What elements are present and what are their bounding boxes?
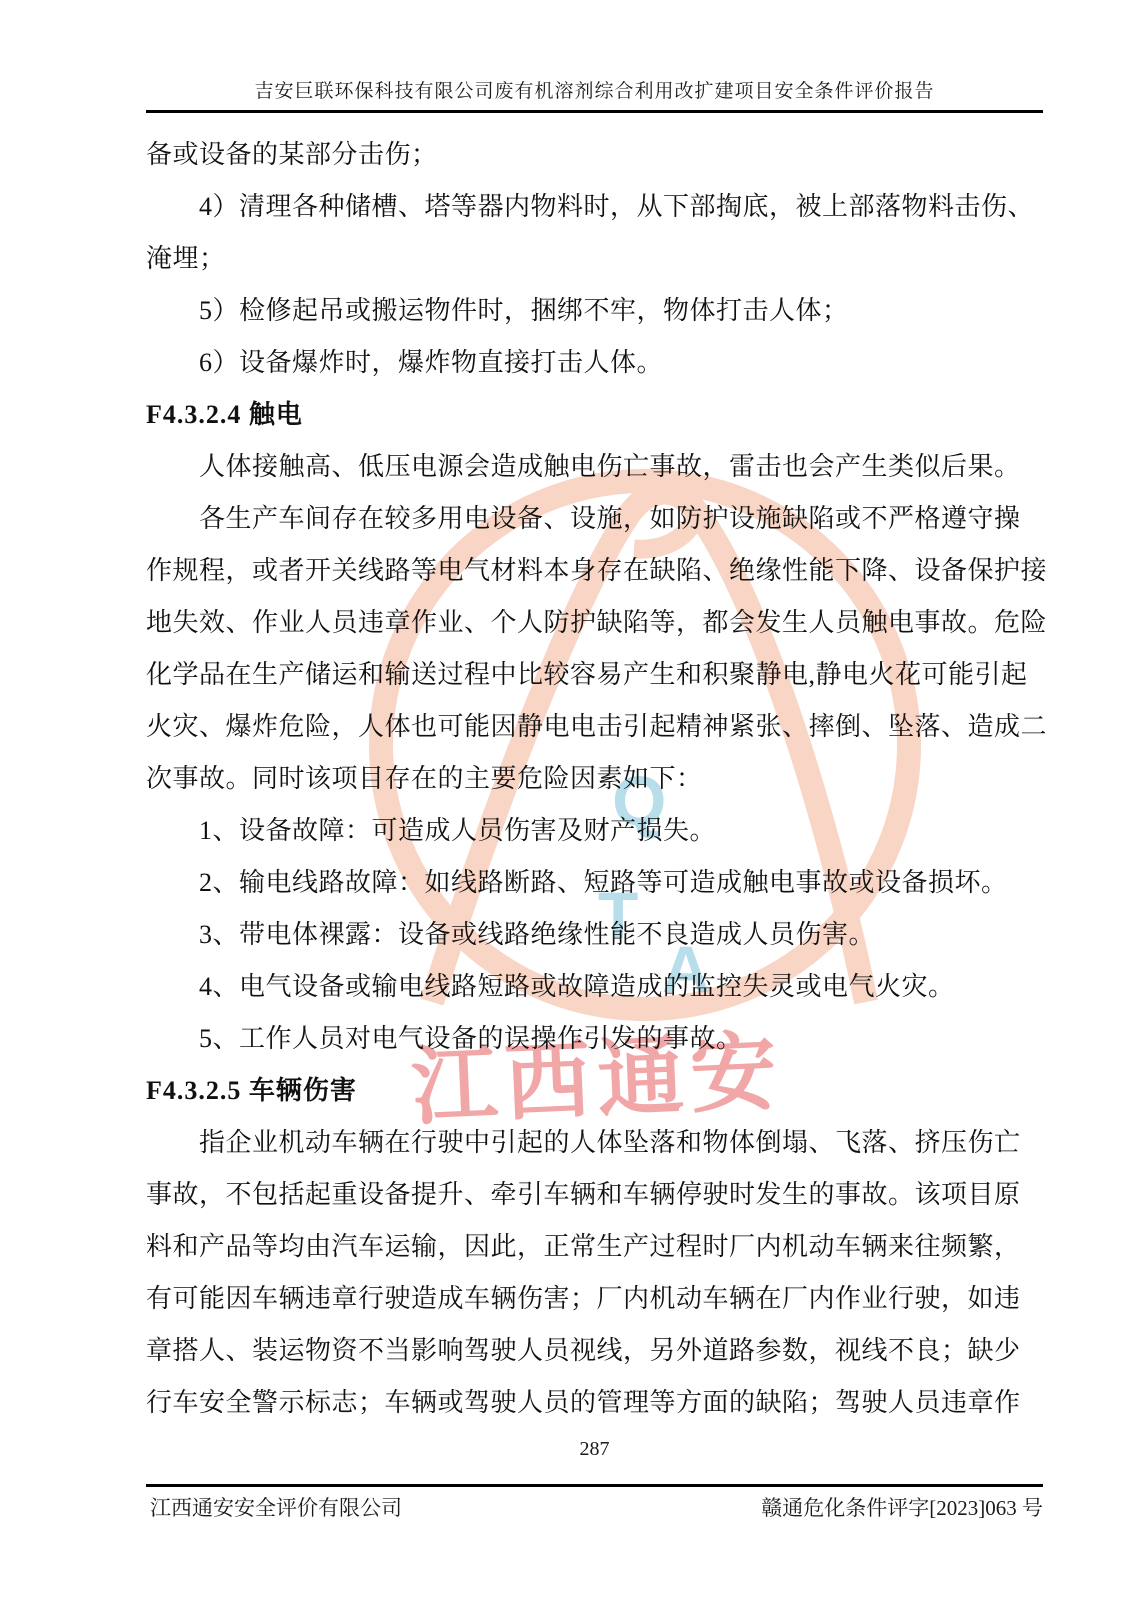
body-line: 4、电气设备或输电线路短路或故障造成的监控失灵或电气火灾。: [199, 970, 955, 1004]
body-line: 事故，不包括起重设备提升、牵引车辆和车辆停驶时发生的事故。该项目原: [146, 1178, 1021, 1212]
body-line: 1、设备故障：可造成人员伤害及财产损失。: [199, 814, 716, 848]
footer-rule: [146, 1484, 1043, 1487]
body-line: 料和产品等均由汽车运输，因此，正常生产过程时厂内机动车辆来往频繁，: [146, 1230, 1021, 1264]
body-line: 5）检修起吊或搬运物件时，捆绑不牢，物体打击人体；: [199, 294, 849, 328]
footer-company: 江西通安安全评价有限公司: [150, 1492, 402, 1522]
body-line: 4）清理各种储槽、塔等器内物料时，从下部掏底，被上部落物料击伤、: [199, 190, 1034, 224]
body-line: 5、工作人员对电气设备的误操作引发的事故。: [199, 1022, 743, 1056]
body-line: 3、带电体裸露：设备或线路绝缘性能不良造成人员伤害。: [199, 918, 875, 952]
body-line: 火灾、爆炸危险，人体也可能因静电电击引起精神紧张、摔倒、坠落、造成二: [146, 710, 1047, 744]
section-heading: F4.3.2.5 车辆伤害: [146, 1074, 357, 1108]
body-line: 次事故。同时该项目存在的主要危险因素如下：: [146, 762, 703, 796]
body-line: 地失效、作业人员违章作业、个人防护缺陷等，都会发生人员触电事故。危险: [146, 606, 1047, 640]
body-line: 6）设备爆炸时，爆炸物直接打击人体。: [199, 346, 663, 380]
body-line: 章搭人、装运物资不当影响驾驶人员视线，另外道路参数，视线不良；缺少: [146, 1334, 1021, 1368]
body-line: 备或设备的某部分击伤；: [146, 138, 438, 172]
header-title: 吉安巨联环保科技有限公司废有机溶剂综合利用改扩建项目安全条件评价报告: [146, 76, 1043, 103]
document-page: Q T A 江西通安 吉安巨联环保科技有限公司废有机溶剂综合利用改扩建项目安全条…: [0, 0, 1131, 1600]
body-line: 行车安全警示标志；车辆或驾驶人员的管理等方面的缺陷；驾驶人员违章作: [146, 1386, 1021, 1420]
body-line: 指企业机动车辆在行驶中引起的人体坠落和物体倒塌、飞落、挤压伤亡: [199, 1126, 1021, 1160]
body-line: 有可能因车辆违章行驶造成车辆伤害；厂内机动车辆在厂内作业行驶，如违: [146, 1282, 1021, 1316]
body-line: 淹埋；: [146, 242, 226, 276]
body-line: 作规程，或者开关线路等电气材料本身存在缺陷、绝缘性能下降、设备保护接: [146, 554, 1047, 588]
footer-doc-number: 赣通危化条件评字[2023]063 号: [761, 1492, 1043, 1522]
body-line: 化学品在生产储运和输送过程中比较容易产生和积聚静电,静电火花可能引起: [146, 658, 1028, 692]
page-number: 287: [146, 1438, 1043, 1461]
body-line: 人体接触高、低压电源会造成触电伤亡事故，雷击也会产生类似后果。: [199, 450, 1021, 484]
body-line: 各生产车间存在较多用电设备、设施，如防护设施缺陷或不严格遵守操: [199, 502, 1021, 536]
body-line: 2、输电线路故障：如线路断路、短路等可造成触电事故或设备损坏。: [199, 866, 1008, 900]
section-heading: F4.3.2.4 触电: [146, 398, 303, 432]
header-rule: [146, 110, 1043, 113]
